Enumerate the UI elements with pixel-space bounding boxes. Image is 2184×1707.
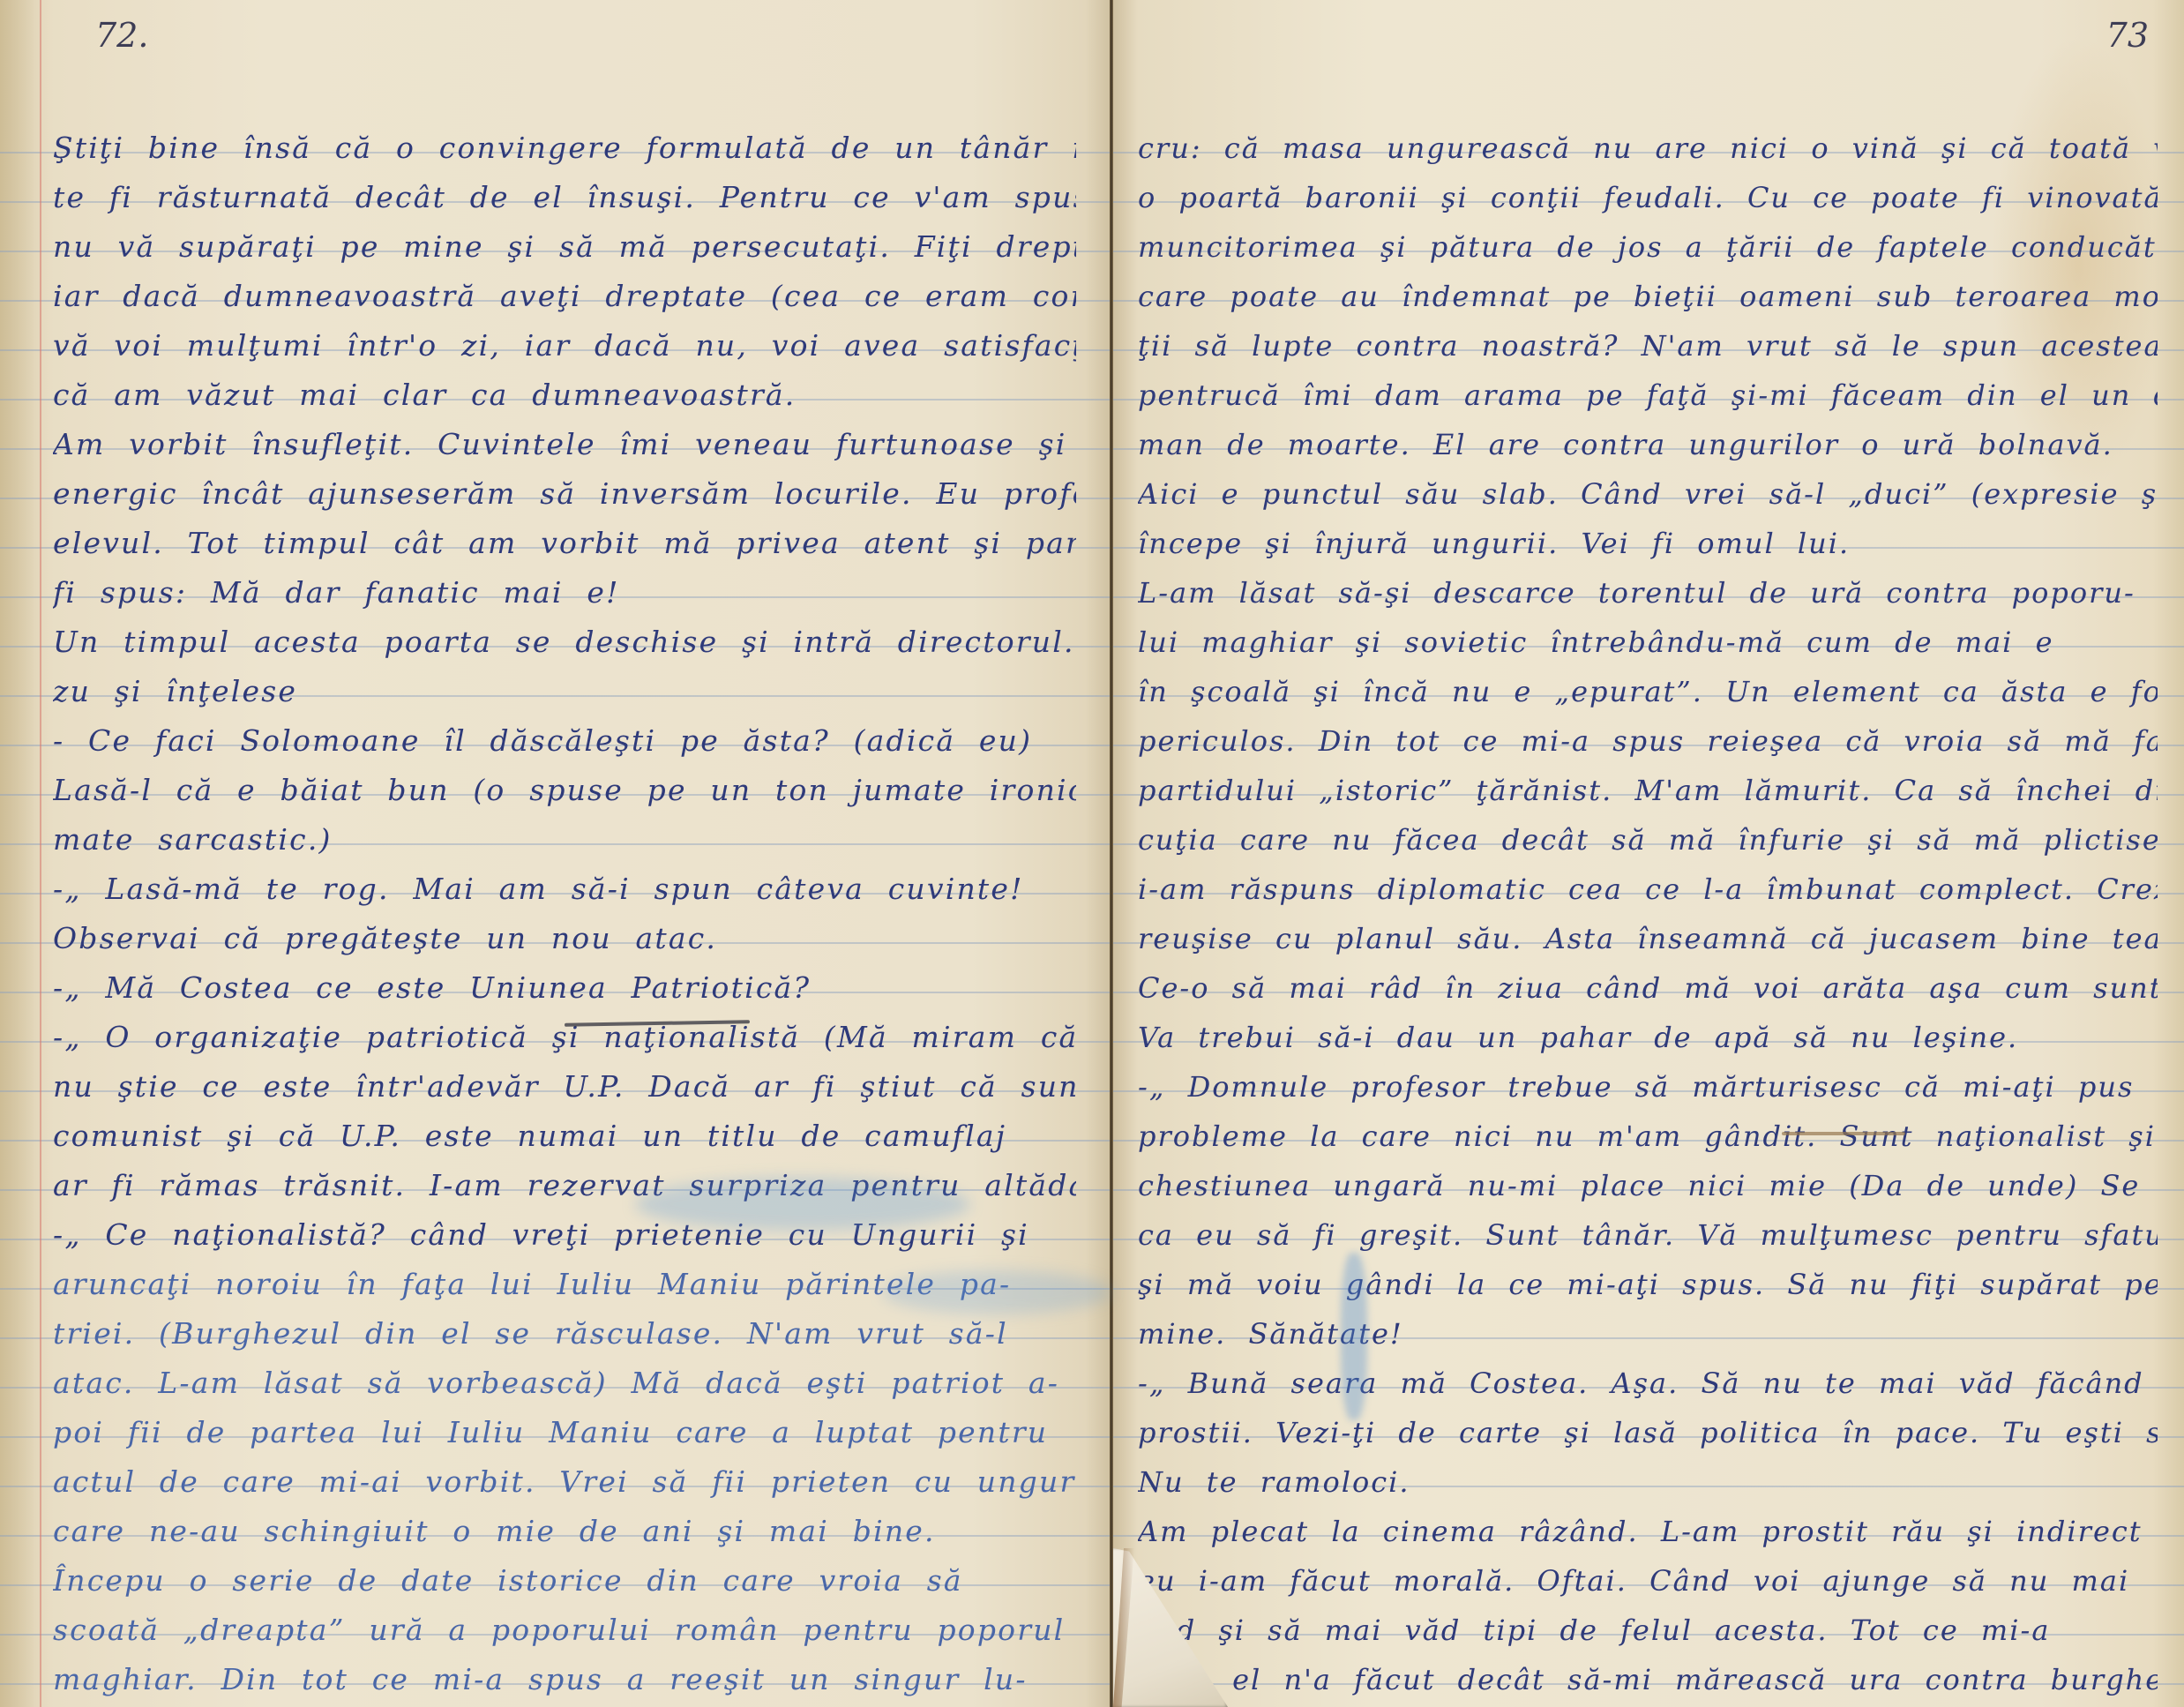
text-line: maghiar. Din tot ce mi-a spus a reeşit u… <box>53 1655 1076 1704</box>
text-line: Aici e punctul său slab. Când vrei să-l … <box>1138 469 2158 519</box>
text-line: care ne-au schingiuit o mie de ani şi ma… <box>53 1507 1076 1556</box>
text-line: Începu o serie de date istorice din care… <box>53 1556 1076 1606</box>
text-line: atac. L-am lăsat să vorbească) Mă dacă e… <box>53 1359 1076 1408</box>
text-line: -„ Ce naţionalistă? când vreţi prietenie… <box>53 1210 1076 1260</box>
text-line: actul de care mi-ai vorbit. Vrei să fii … <box>53 1457 1076 1507</box>
text-line: aruncaţi noroiu în faţa lui Iuliu Maniu … <box>53 1260 1076 1309</box>
text-line: o poartă baronii şi conţii feudali. Cu c… <box>1138 173 2158 222</box>
text-line: periculos. Din tot ce mi-a spus reieşea … <box>1138 716 2158 766</box>
text-line: chestiunea ungară nu-mi place nici mie (… <box>1138 1161 2158 1210</box>
text-line: comunist şi că U.P. este numai un titlu … <box>53 1112 1076 1161</box>
text-line: Am vorbit însufleţit. Cuvintele îmi vene… <box>53 420 1076 469</box>
text-line: spus el n'a făcut decât să-mi mărească u… <box>1138 1655 2158 1704</box>
text-line: probleme la care nici nu m'am gândit. Su… <box>1138 1112 2158 1161</box>
text-line: Observai că pregăteşte un nou atac. <box>53 914 1076 963</box>
text-line: man de moarte. El are contra ungurilor o… <box>1138 420 2158 469</box>
text-line: -„ Bună seara mă Costea. Aşa. Să nu te m… <box>1138 1359 2158 1408</box>
text-line: fi spus: Mă dar fanatic mai e! <box>53 568 1076 618</box>
text-line: care poate au îndemnat pe bieţii oameni … <box>1138 272 2158 321</box>
text-line: L-am lăsat să-şi descarce torentul de ur… <box>1138 568 2158 618</box>
text-line: Ştiţi bine însă că o convingere formulat… <box>53 124 1076 173</box>
text-line: muncitorimea şi pătura de jos a ţării de… <box>1138 222 2158 272</box>
text-line: - Ce faci Solomoane îl dăscăleşti pe ăst… <box>53 716 1076 766</box>
text-line: elevul. Tot timpul cât am vorbit mă priv… <box>53 519 1076 568</box>
text-line: energic încât ajunseserăm să inversăm lo… <box>53 469 1076 519</box>
text-line: i-am răspuns diplomatic cea ce l-a îmbun… <box>1138 865 2158 914</box>
text-line: în şcoală şi încă nu e „epurat”. Un elem… <box>1138 667 2158 716</box>
text-line: te fi răsturnată decât de el însuşi. Pen… <box>53 173 1076 222</box>
text-line: ţii să lupte contra noastră? N'am vrut s… <box>1138 321 2158 371</box>
notebook-spread: 72. Ştiţi bine însă că o convingere form… <box>0 0 2184 1707</box>
text-line: nu ştie ce este într'adevăr U.P. Dacă ar… <box>53 1062 1076 1112</box>
text-line: Nu te ramoloci. <box>1138 1457 2158 1507</box>
text-line: partidului „istoric” ţărănist. M'am lămu… <box>1138 766 2158 815</box>
text-line: -„ O organizaţie patriotică şi naţionali… <box>53 1013 1076 1062</box>
text-line: poi fii de partea lui Iuliu Maniu care a… <box>53 1408 1076 1457</box>
notebook-spine <box>1110 0 1113 1707</box>
text-line: ar fi rămas trăsnit. I-am rezervat surpr… <box>53 1161 1076 1210</box>
text-line: Un timpul acesta poarta se deschise şi i… <box>53 618 1076 667</box>
text-line: eu i-am făcut morală. Oftai. Când voi aj… <box>1138 1556 2158 1606</box>
text-line: Ce-o să mai râd în ziua când mă voi arăt… <box>1138 963 2158 1013</box>
text-line: că am văzut mai clar ca dumneavoastră. <box>53 371 1076 420</box>
page-number: 72. <box>95 16 148 55</box>
page-number: 73 <box>2106 16 2149 55</box>
text-line: -„ Lasă-mă te rog. Mai am să-i spun câte… <box>53 865 1076 914</box>
text-line: zu şi înţelese <box>53 667 1076 716</box>
pencil-underline <box>1782 1132 1905 1135</box>
text-line: mate sarcastic.) <box>53 815 1076 865</box>
text-line: vă voi mulţumi într'o zi, iar dacă nu, v… <box>53 321 1076 371</box>
text-line: triei. (Burghezul din el se răsculase. N… <box>53 1309 1076 1359</box>
text-line: lui maghiar şi sovietic întrebându-mă cu… <box>1138 618 2158 667</box>
text-line: şi mă voiu gândi la ce mi-aţi spus. Să n… <box>1138 1260 2158 1309</box>
left-page: 72. Ştiţi bine însă că o convingere form… <box>0 0 1111 1707</box>
text-line: ca eu să fi greşit. Sunt tânăr. Vă mulţu… <box>1138 1210 2158 1260</box>
text-line: reuşise cu planul său. Asta înseamnă că … <box>1138 914 2158 963</box>
text-line: iar dacă dumneavoastră aveţi dreptate (c… <box>53 272 1076 321</box>
handwritten-text: cru: că masa ungurească nu are nici o vi… <box>1111 124 2184 1704</box>
text-line: cuţia care nu făcea decât să mă înfurie … <box>1138 815 2158 865</box>
text-line: -„ Domnule profesor trebue să mărturises… <box>1138 1062 2158 1112</box>
text-line: Lasă-l că e băiat bun (o spuse pe un ton… <box>53 766 1076 815</box>
text-line: scoată „dreapta” ură a poporului român p… <box>53 1606 1076 1655</box>
text-line: cru: că masa ungurească nu are nici o vi… <box>1138 124 2158 173</box>
handwritten-text: Ştiţi bine însă că o convingere formulat… <box>0 124 1111 1704</box>
text-line: mine. Sănătate! <box>1138 1309 2158 1359</box>
text-line: prostii. Vezi-ţi de carte şi lasă politi… <box>1138 1408 2158 1457</box>
text-line: nu vă supăraţi pe mine şi să mă persecut… <box>53 222 1076 272</box>
text-line: Am plecat la cinema râzând. L-am prostit… <box>1138 1507 2158 1556</box>
text-line: începe şi înjură ungurii. Vei fi omul lu… <box>1138 519 2158 568</box>
text-line: aud şi să mai văd tipi de felul acesta. … <box>1138 1606 2158 1655</box>
text-line: -„ Mă Costea ce este Uniunea Patriotică? <box>53 963 1076 1013</box>
text-line: pentrucă îmi dam arama pe faţă şi-mi făc… <box>1138 371 2158 420</box>
text-line: Va trebui să-i dau un pahar de apă să nu… <box>1138 1013 2158 1062</box>
right-page: 73 cru: că masa ungurească nu are nici o… <box>1111 0 2184 1707</box>
